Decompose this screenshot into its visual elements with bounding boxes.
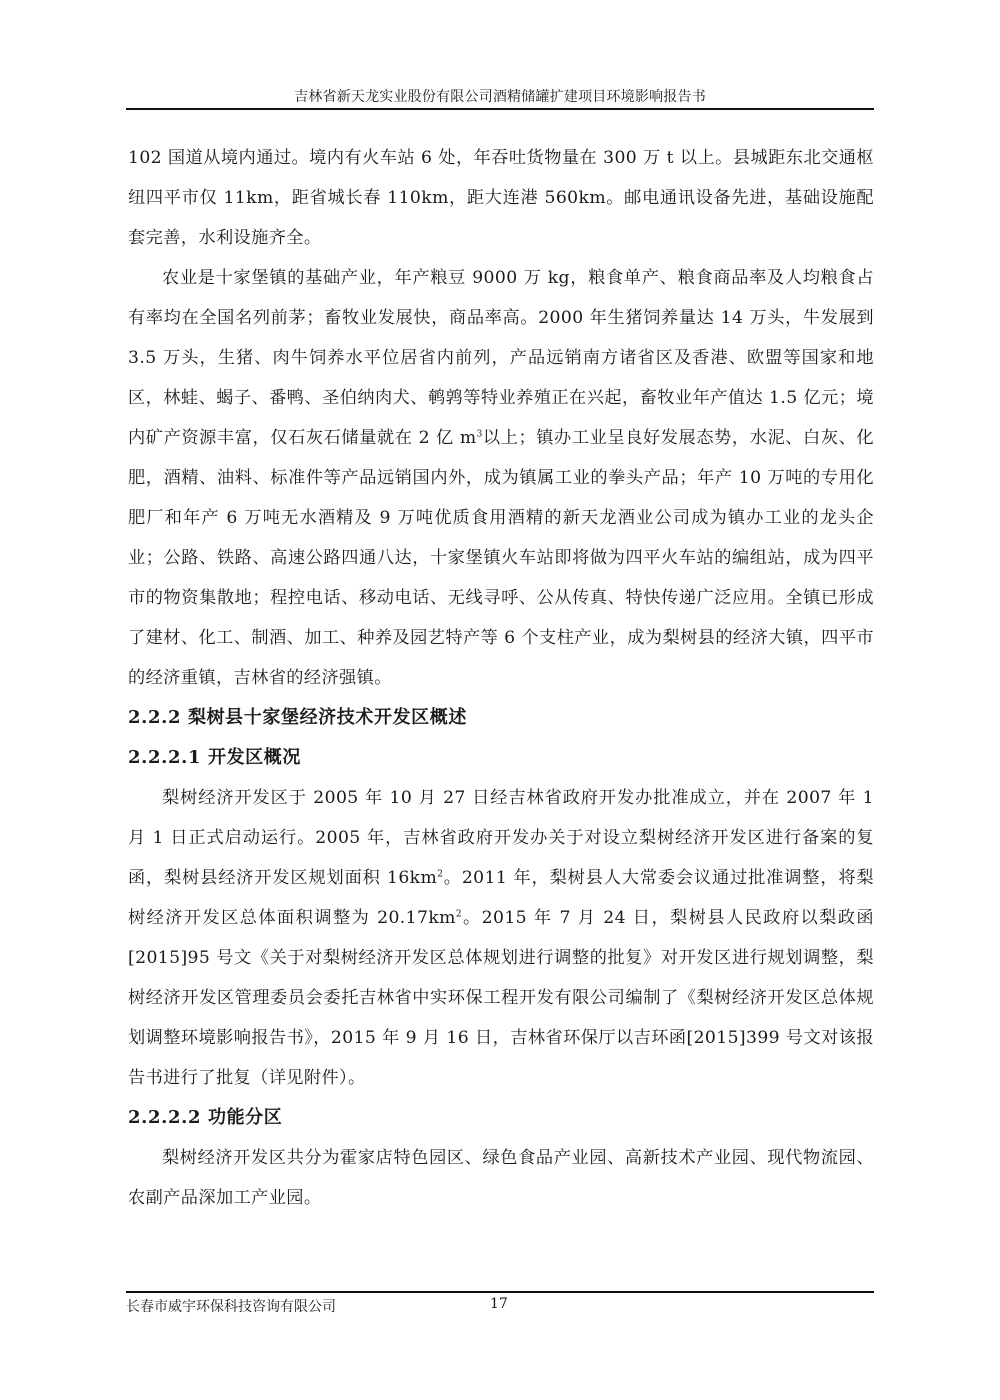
footer-divider xyxy=(126,1291,874,1293)
section-heading-2-2-2-2: 2.2.2.2 功能分区 xyxy=(128,1098,874,1138)
paragraph-agriculture: 农业是十家堡镇的基础产业，年产粮豆 9000 万 kg，粮食单产、粮食商品率及人… xyxy=(128,258,874,698)
section-heading-2-2-2: 2.2.2 梨树县十家堡经济技术开发区概述 xyxy=(128,698,874,738)
paragraph-zone-part3: 。2015 年 7 月 24 日，梨树县人民政府以梨政函[2015]95 号文《… xyxy=(128,908,874,1088)
paragraph-zone-overview: 梨树经济开发区于 2005 年 10 月 27 日经吉林省政府开发办批准成立，并… xyxy=(128,778,874,1098)
header-divider xyxy=(126,108,874,110)
paragraph-functional-zones: 梨树经济开发区共分为霍家店特色园区、绿色食品产业园、高新技术产业园、现代物流园、… xyxy=(128,1138,874,1218)
section-heading-2-2-2-1: 2.2.2.1 开发区概况 xyxy=(128,738,874,778)
page-body: 102 国道从境内通过。境内有火车站 6 处，年吞吐货物量在 300 万 t 以… xyxy=(128,138,874,1218)
paragraph-agriculture-part2: 以上；镇办工业呈良好发展态势，水泥、白灰、化肥，酒精、油料、标准件等产品远销国内… xyxy=(128,428,874,688)
page-number: 17 xyxy=(490,1296,508,1312)
footer-company: 长春市威宇环保科技咨询有限公司 xyxy=(126,1296,336,1316)
paragraph-transport: 102 国道从境内通过。境内有火车站 6 处，年吞吐货物量在 300 万 t 以… xyxy=(128,138,874,258)
paragraph-agriculture-part1: 农业是十家堡镇的基础产业，年产粮豆 9000 万 kg，粮食单产、粮食商品率及人… xyxy=(128,268,874,448)
running-header: 吉林省新天龙实业股份有限公司酒精储罐扩建项目环境影响报告书 xyxy=(126,86,874,106)
